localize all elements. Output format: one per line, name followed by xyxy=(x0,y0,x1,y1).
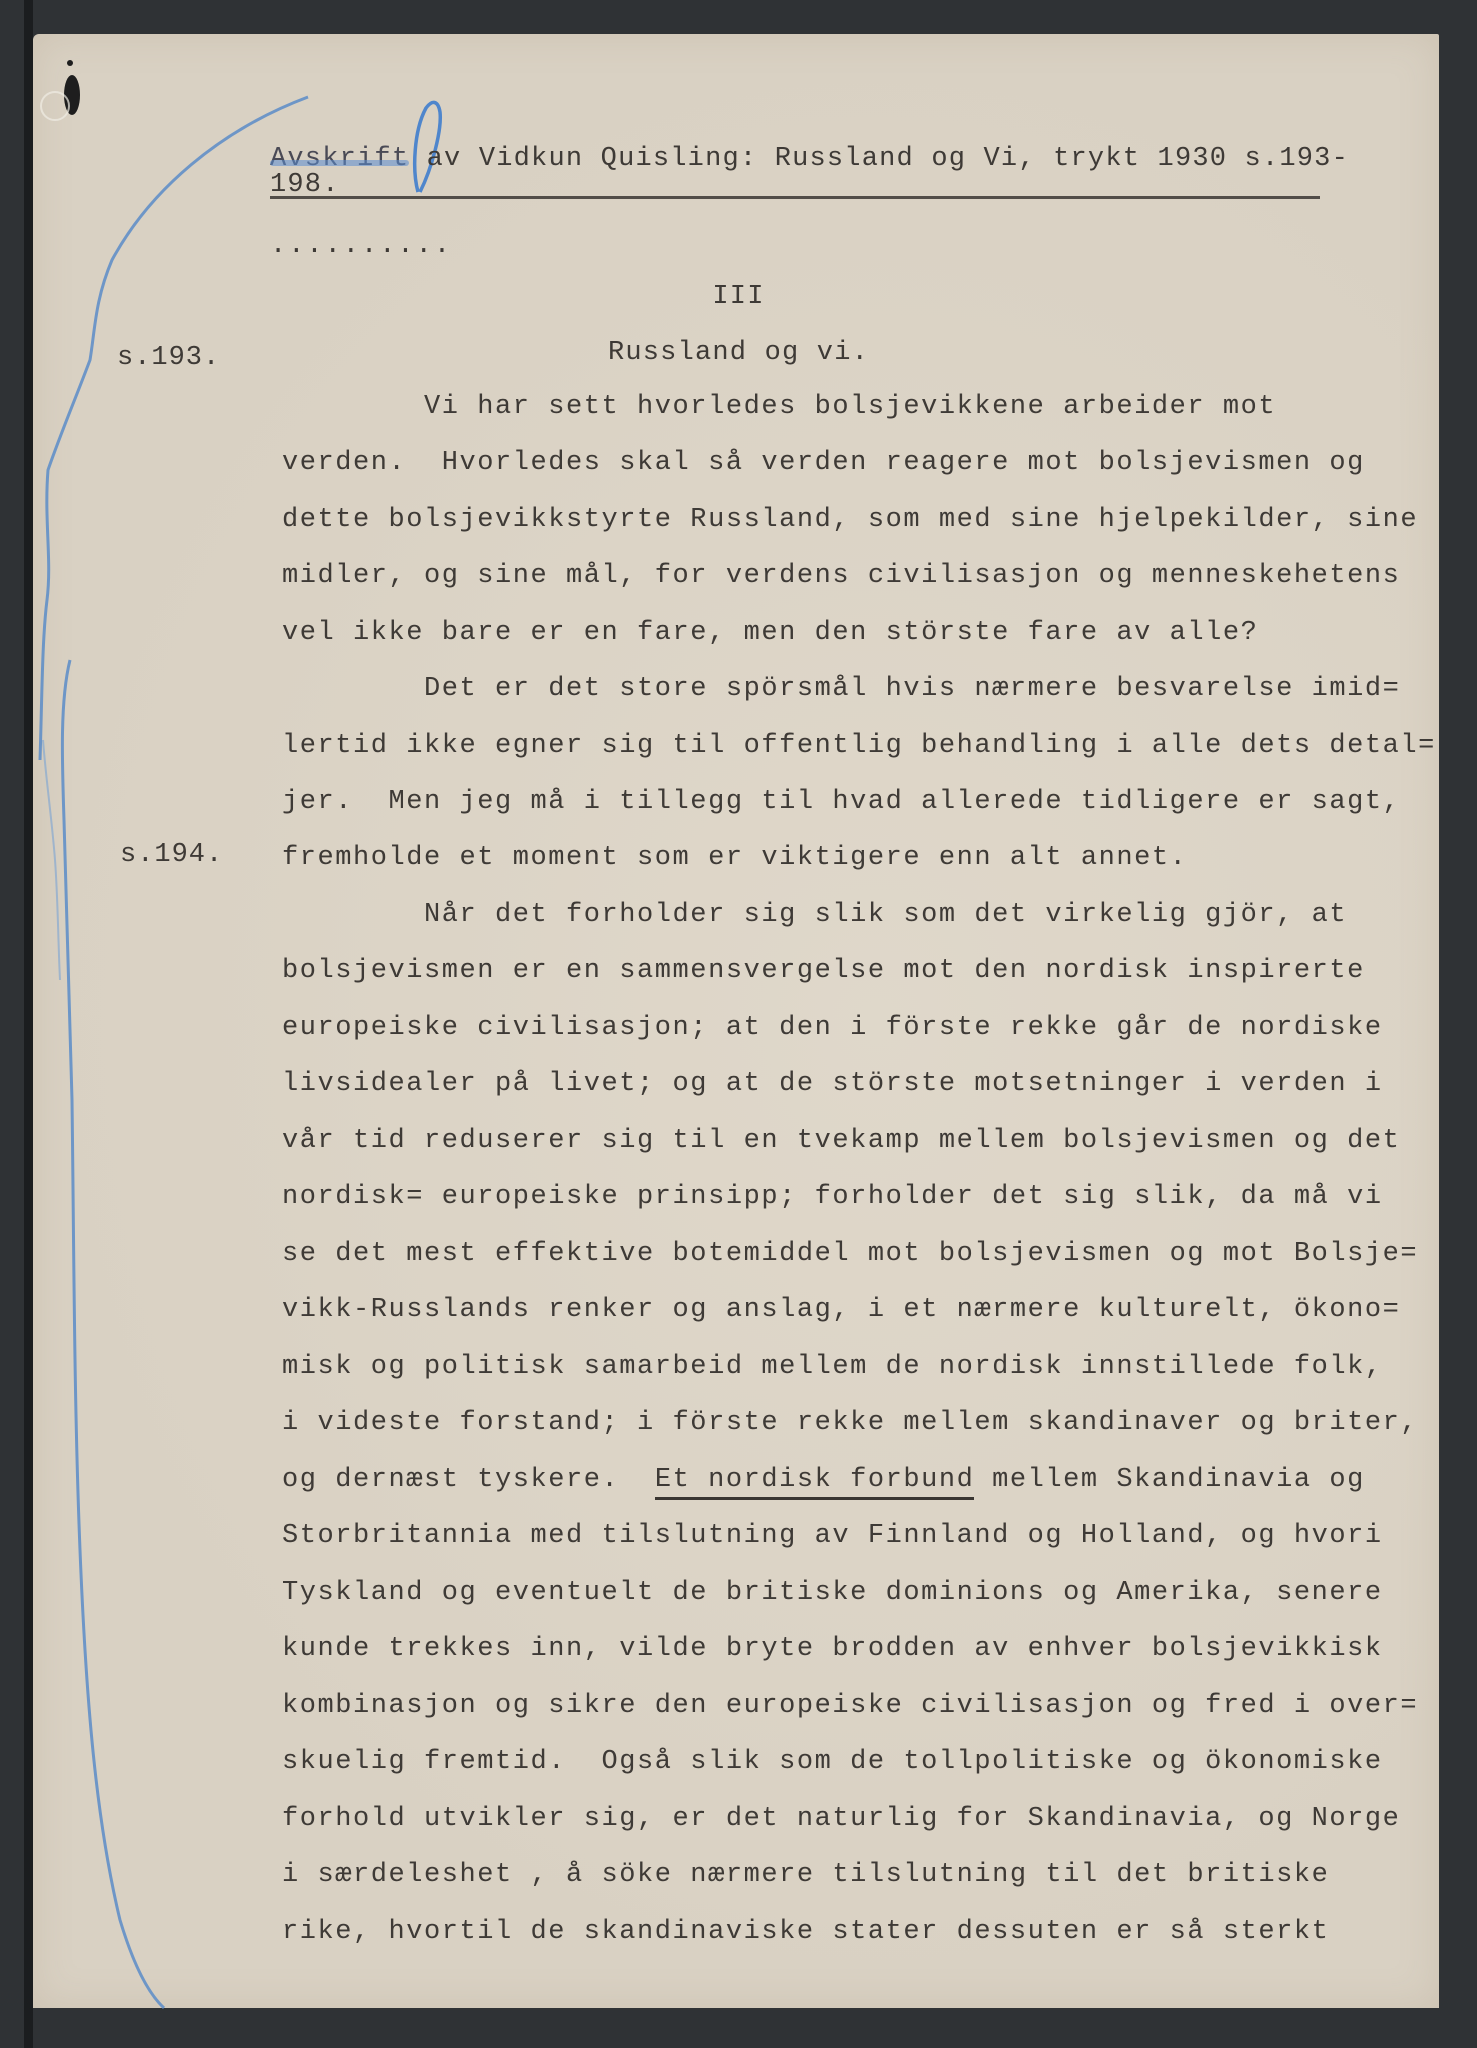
text-line: verden. Hvorledes skal så verden reagere… xyxy=(282,448,1365,478)
heading-rule xyxy=(270,196,1320,199)
text-line: midler, og sine mål, for verdens civilis… xyxy=(282,561,1400,591)
underlined-phrase: Et nordisk forbund xyxy=(655,1465,975,1500)
text-line-underlined: og dernæst tyskere. Et nordisk forbund m… xyxy=(282,1465,1365,1495)
text-line: kombinasjon og sikre den europeiske civi… xyxy=(282,1691,1418,1721)
text-line: dette bolsjevikkstyrte Russland, som med… xyxy=(282,505,1418,535)
text-line: jer. Men jeg må i tillegg til hvad aller… xyxy=(282,787,1400,817)
chapter-title: Russland og vi. xyxy=(0,338,1477,368)
text-line: Tyskland og eventuelt de britiske domini… xyxy=(282,1578,1383,1608)
text-line: se det mest effektive botemiddel mot bol… xyxy=(282,1239,1418,1269)
ellipsis: .......... xyxy=(270,233,452,260)
text-line: i særdeleshet , å söke nærmere tilslutni… xyxy=(282,1860,1329,1890)
margin-page-note: s.194. xyxy=(120,840,223,870)
text-line: Det er det store spörsmål hvis nærmere b… xyxy=(282,674,1400,704)
text-line: europeiske civilisasjon; at den i förste… xyxy=(282,1013,1383,1043)
text-line: skuelig fremtid. Også slik som de tollpo… xyxy=(282,1747,1383,1777)
text-line: livsidealer på livet; og at de störste m… xyxy=(282,1069,1383,1099)
text-line: Vi har sett hvorledes bolsjevikkene arbe… xyxy=(282,392,1276,422)
heading-text: av Vidkun Quisling: Russland og Vi, tryk… xyxy=(409,144,1349,174)
text-line: bolsjevismen er en sammensvergelse mot d… xyxy=(282,956,1365,986)
text-line: misk og politisk samarbeid mellem de nor… xyxy=(282,1352,1383,1382)
text-line: kunde trekkes inn, vilde bryte brodden a… xyxy=(282,1634,1383,1664)
text-line: Storbritannia med tilslutning av Finnlan… xyxy=(282,1521,1383,1551)
text-line: vikk-Russlands renker og anslag, i et næ… xyxy=(282,1295,1400,1325)
document-heading: Avskrift av Vidkun Quisling: Russland og… xyxy=(270,144,1349,174)
text-line: i videste forstand; i förste rekke melle… xyxy=(282,1408,1418,1438)
text-line: rike, hvortil de skandinaviske stater de… xyxy=(282,1917,1329,1947)
text-line: fremholde et moment som er viktigere enn… xyxy=(282,843,1187,873)
heading-line-2: 198. xyxy=(270,172,340,199)
text-segment: mellem Skandinavia og xyxy=(974,1465,1365,1495)
text-segment: og dernæst tyskere. xyxy=(282,1465,655,1495)
text-line: lertid ikke egner sig til offentlig beha… xyxy=(282,731,1436,761)
chapter-number: III xyxy=(0,282,1477,312)
text-line: vår tid reduserer sig til en tvekamp mel… xyxy=(282,1126,1400,1156)
text-line: nordisk= europeiske prinsipp; forholder … xyxy=(282,1182,1383,1212)
text-line: vel ikke bare er en fare, men den störst… xyxy=(282,618,1258,648)
text-line: Når det forholder sig slik som det virke… xyxy=(282,900,1347,930)
text-line: forhold utvikler sig, er det naturlig fo… xyxy=(282,1804,1400,1834)
margin-page-note: s.193. xyxy=(117,343,220,373)
